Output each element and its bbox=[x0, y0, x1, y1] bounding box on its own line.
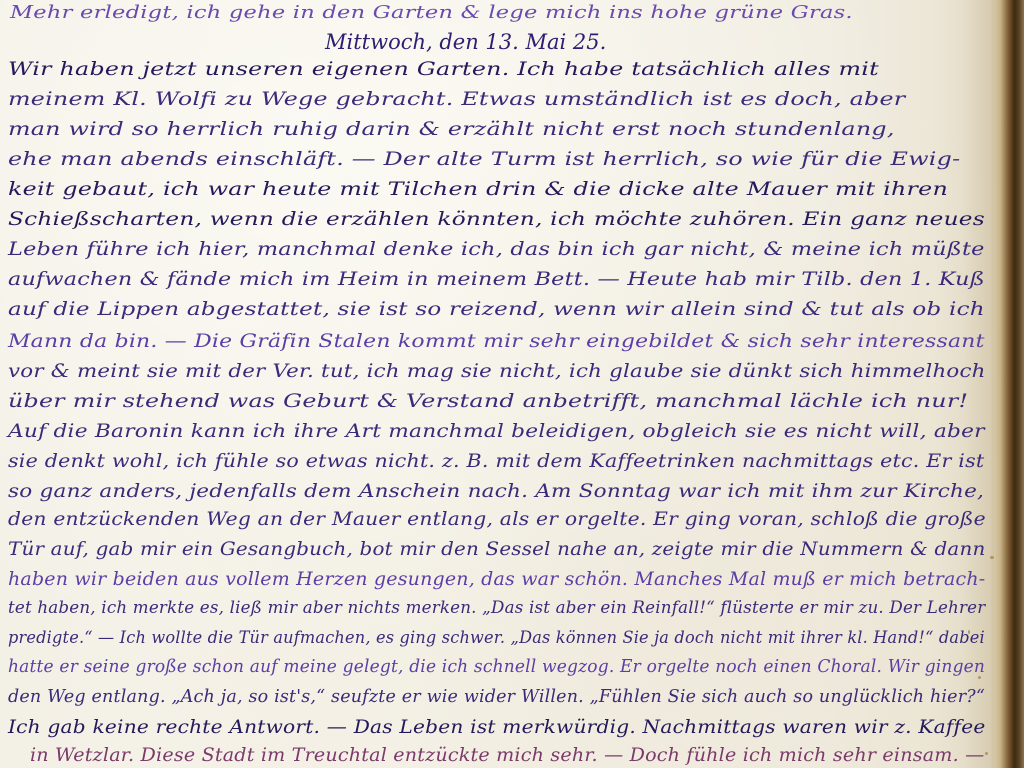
handwritten-line: über mir stehend was Geburt & Verstand a… bbox=[8, 390, 968, 412]
handwritten-line: Auf die Baronin kann ich ihre Art manchm… bbox=[8, 420, 985, 442]
handwritten-line: aufwachen & fände mich im Heim in meinem… bbox=[8, 268, 985, 290]
book-spine-edge bbox=[990, 0, 1024, 768]
handwritten-line: Ich gab keine rechte Antwort. — Das Lebe… bbox=[8, 716, 985, 738]
handwritten-line: den entzückenden Weg an der Mauer entlan… bbox=[8, 508, 986, 530]
paper-stain bbox=[985, 752, 988, 755]
handwritten-line: den Weg entlang. „Ach ja, so ist's,“ seu… bbox=[8, 686, 985, 707]
handwritten-line: man wird so herrlich ruhig darin & erzäh… bbox=[8, 118, 895, 140]
diary-entry-date-heading: Mittwoch, den 13. Mai 25. bbox=[325, 30, 606, 54]
handwritten-line: hatte er seine große schon auf meine gel… bbox=[8, 656, 985, 677]
handwritten-line: Mehr erledigt, ich gehe in den Garten & … bbox=[10, 2, 853, 23]
diary-page: Mehr erledigt, ich gehe in den Garten & … bbox=[0, 0, 1024, 768]
handwritten-line: predigte.“ — Ich wollte die Tür aufmache… bbox=[8, 628, 985, 648]
handwritten-line: ehe man abends einschläft. — Der alte Tu… bbox=[8, 148, 960, 170]
handwritten-line: vor & meint sie mit der Ver. tut, ich ma… bbox=[8, 360, 986, 382]
handwritten-line: Schießscharten, wenn die erzählen könnte… bbox=[8, 208, 985, 230]
handwritten-line: sie denkt wohl, ich fühle so etwas nicht… bbox=[8, 450, 984, 472]
page-curl-shadow bbox=[934, 0, 994, 768]
handwritten-line: so ganz anders, jedenfalls dem Anschein … bbox=[8, 480, 984, 502]
handwritten-line: Leben führe ich hier, manchmal denke ich… bbox=[8, 238, 985, 260]
handwritten-line: meinem Kl. Wolfi zu Wege gebracht. Etwas… bbox=[8, 88, 905, 110]
paper-stain bbox=[990, 556, 994, 559]
handwritten-line: haben wir beiden aus vollem Herzen gesun… bbox=[8, 568, 985, 590]
handwritten-line: Mann da bin. — Die Gräfin Stalen kommt m… bbox=[8, 330, 985, 352]
handwritten-line: Wir haben jetzt unseren eigenen Garten. … bbox=[8, 58, 879, 80]
handwritten-line: keit gebaut, ich war heute mit Tilchen d… bbox=[8, 178, 948, 200]
handwritten-line: tet haben, ich merkte es, ließ mir aber … bbox=[8, 598, 985, 618]
handwritten-line: in Wetzlar. Diese Stadt im Treuchtal ent… bbox=[30, 744, 984, 766]
handwritten-line: auf die Lippen abgestattet, sie ist so r… bbox=[8, 298, 985, 320]
handwritten-line: Tür auf, gab mir ein Gesangbuch, bot mir… bbox=[8, 538, 985, 560]
